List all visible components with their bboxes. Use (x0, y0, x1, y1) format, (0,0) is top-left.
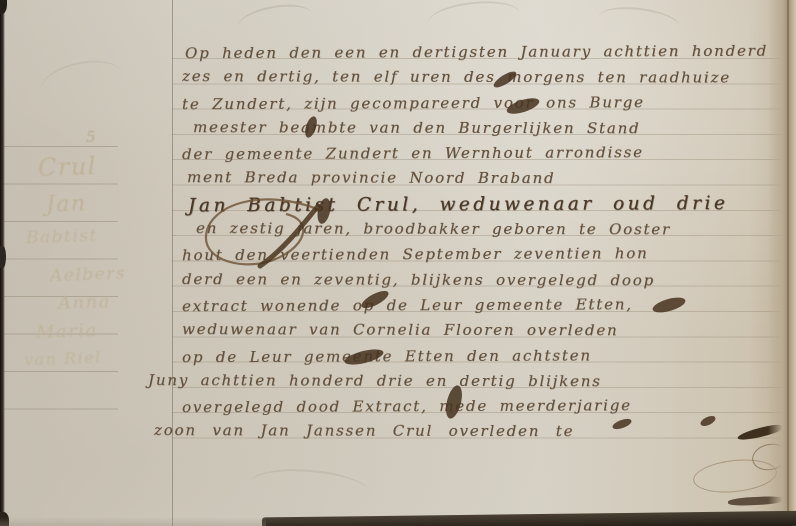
showthrough-mark (597, 3, 682, 41)
capital-letter-flourish (200, 196, 330, 274)
margin-bride-middlename: Maria (36, 320, 98, 343)
margin-bride-firstname: Anna (58, 291, 112, 314)
showthrough-mark (249, 465, 372, 511)
margin-bride-prefix-name: van Riel (24, 348, 102, 370)
body-line: ment Breda provincie Noord Braband (187, 166, 794, 193)
margin-act-number: 5 (86, 128, 98, 146)
body-line: overgelegd dood Extract, mede meerderjar… (182, 393, 794, 421)
body-line: der gemeente Zundert en Wernhout arrondi… (182, 140, 794, 168)
page-crease (787, 0, 789, 526)
closing-flourish-loop (692, 456, 779, 497)
body-line: te Zundert, zijn gecompareerd voor ons B… (182, 89, 794, 117)
body-line: zes en dertig, ten elf uren des morgens … (182, 64, 794, 91)
body-line: op de Leur gemeente Etten den achtsten (182, 342, 794, 370)
page-bottom-shadow (262, 511, 796, 526)
page-bottom-shade (0, 517, 266, 526)
binding-edge-corner (0, 0, 7, 14)
page-edge-right (768, 0, 796, 526)
margin-bride-surname: Aelbers (50, 264, 127, 287)
body-line: zoon van Jan Janssen Crul overleden te (154, 419, 794, 446)
body-line: Op heden den een en dertigsten January a… (185, 39, 794, 67)
document-scan: 5 Crul Jan Babtist Aelbers Anna Maria va… (0, 0, 796, 526)
margin-groom-firstname: Jan (46, 191, 87, 217)
showthrough-mark (37, 54, 128, 113)
body-line: extract wonende op de Leur gemeente Ette… (182, 292, 794, 320)
margin-groom-surname: Crul (38, 152, 98, 182)
showthrough-mark (427, 0, 522, 39)
body-line: meester beambte van den Burgerlijken Sta… (193, 115, 794, 142)
body-line: Juny achttien honderd drie en dertig bli… (148, 368, 794, 395)
margin-groom-middlename: Babtist (26, 226, 98, 248)
binding-edge-mark (0, 246, 6, 268)
showthrough-mark (236, 0, 314, 40)
body-line: weduwenaar van Cornelia Flooren overlede… (182, 317, 794, 344)
